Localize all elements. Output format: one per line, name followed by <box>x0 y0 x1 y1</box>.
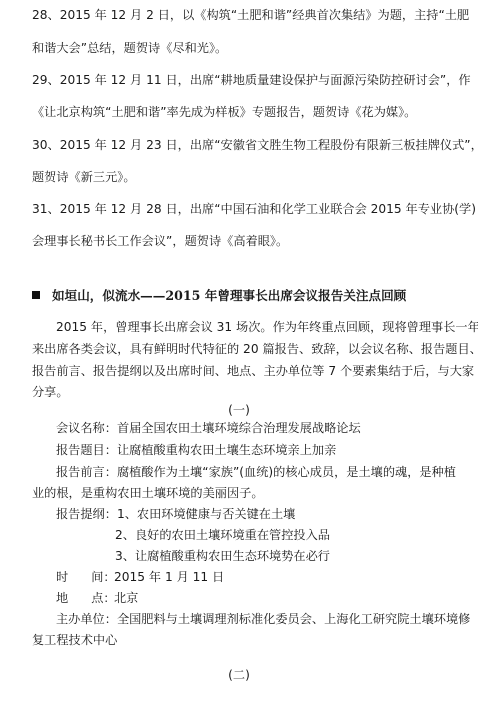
entry-30-line-2: 题贺诗《新三元》。 <box>32 169 136 185</box>
report-1-organizer-line-1: 主办单位：全国肥料与土壤调理剂标准化委员会、上海化工研究院土壤环境修 <box>56 611 470 627</box>
square-bullet-icon <box>32 291 40 299</box>
entry-28-line-1: 28、2015 年 12 月 2 日，以《构筑“土肥和谐”经典首次集结》为题，主… <box>32 7 469 23</box>
outline-label: 报告提纲： <box>56 507 117 521</box>
report-title-value: 让腐植酸重构农田土壤生态环境亲上加亲 <box>117 443 336 457</box>
report-1-outline-1: 报告提纲：1、农田环境健康与否关键在土壤 <box>56 506 295 522</box>
intro-line-1: 2015 年，曾理事长出席会议 31 场次。作为年终重点回顾，现将曾理事长一年 <box>56 319 478 335</box>
section-heading-text: 如垣山，似流水——2015 年曾理事长出席会议报告关注点回顾 <box>52 288 406 303</box>
meeting-name-value: 首届全国农田土壤环境综合治理发展战略论坛 <box>117 421 361 435</box>
report-1-outline-2: 2、良好的农田土壤环境重在管控投入品 <box>115 527 330 543</box>
report-1-meeting-name: 会议名称：首届全国农田土壤环境综合治理发展战略论坛 <box>56 420 361 436</box>
section-heading: 如垣山，似流水——2015 年曾理事长出席会议报告关注点回顾 <box>32 287 406 305</box>
document-page: 28、2015 年 12 月 2 日，以《构筑“土肥和谐”经典首次集结》为题，主… <box>0 0 478 721</box>
report-2-number: (二) <box>0 667 478 683</box>
entry-30-line-1: 30、2015 年 12 月 23 日，出席“安徽省文胜生物工程股份有限新三板挂… <box>32 137 478 153</box>
organizer-label: 主办单位： <box>56 612 117 626</box>
report-1-organizer-line-2: 复工程技术中心 <box>32 632 117 648</box>
time-label: 时间： <box>56 569 114 585</box>
report-title-label: 报告题目： <box>56 443 117 457</box>
report-1-time: 时间：2015 年 1 月 11 日 <box>56 569 224 585</box>
report-1-preface-line-2: 业的根，是重构农田土壤环境的美丽因子。 <box>32 485 264 501</box>
organizer-value: 全国肥料与土壤调理剂标准化委员会、上海化工研究院土壤环境修 <box>117 612 470 626</box>
meeting-name-label: 会议名称： <box>56 421 117 435</box>
entry-29-line-2: 《让北京构筑“土肥和谐”率先成为样板》专题报告，题贺诗《花为媒》。 <box>32 104 416 120</box>
intro-line-3: 报告前言、报告提纲以及出席时间、地点、主办单位等 7 个要素集结于后，与大家 <box>32 363 474 379</box>
time-value: 2015 年 1 月 11 日 <box>114 570 224 584</box>
entry-28-line-2: 和谐大会”总结，题贺诗《尽和光》。 <box>32 40 227 56</box>
entry-31-line-2: 会理事长秘书长工作会议”，题贺诗《高着眼》。 <box>32 233 288 249</box>
outline-item-1: 1、农田环境健康与否关键在土壤 <box>117 507 295 521</box>
entry-29-line-1: 29、2015 年 12 月 11 日，出席“耕地质量建设保护与面源污染防控研讨… <box>32 72 471 88</box>
report-1-place: 地点：北京 <box>56 590 138 606</box>
preface-label: 报告前言： <box>56 465 117 479</box>
intro-line-4: 分享。 <box>32 384 69 400</box>
intro-line-2: 来出席各类会议，具有鲜明时代特征的 20 篇报告、致辞，以会议名称、报告题目、 <box>32 341 478 357</box>
place-value: 北京 <box>114 591 138 605</box>
report-1-number: (一) <box>0 402 478 418</box>
report-1-preface-line-1: 报告前言：腐植酸作为土壤“家族”(血统)的核心成员，是土壤的魂，是种植 <box>56 464 456 480</box>
report-1-title: 报告题目：让腐植酸重构农田土壤生态环境亲上加亲 <box>56 442 336 458</box>
report-1-outline-3: 3、让腐植酸重构农田生态环境势在必行 <box>115 548 330 564</box>
place-label: 地点： <box>56 590 114 606</box>
preface-value: 腐植酸作为土壤“家族”(血统)的核心成员，是土壤的魂，是种植 <box>117 465 456 479</box>
entry-31-line-1: 31、2015 年 12 月 28 日，出席“中国石油和化学工业联合会 2015… <box>32 201 476 217</box>
